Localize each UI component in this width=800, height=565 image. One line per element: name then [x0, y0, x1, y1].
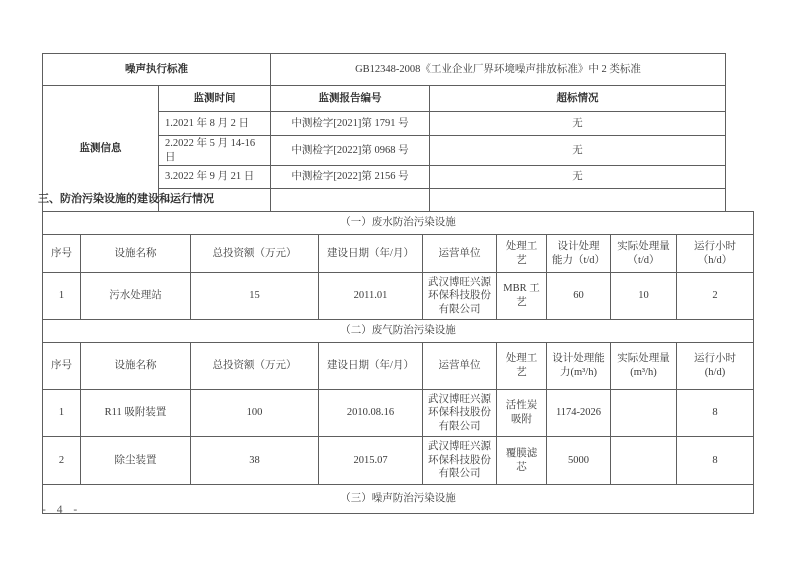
column-header: 总投资额（万元）	[191, 235, 319, 273]
column-header: 运营单位	[423, 235, 497, 273]
table-cell: 8	[677, 390, 754, 437]
table-cell: 2015.07	[319, 437, 423, 485]
table-row: （二）废气防治污染设施	[43, 320, 754, 343]
table-cell-exceed: 无	[430, 136, 726, 166]
column-header: 总投资额（万元）	[191, 343, 319, 390]
table-row: 1 污水处理站 15 2011.01 武汉博旺兴源环保科技股份有限公司 MBR …	[43, 273, 754, 320]
column-header: 实际处理量 （t/d）	[611, 235, 677, 273]
table-cell-report-no: 中测检字[2022]第 0968 号	[271, 136, 430, 166]
table-row: 序号 设施名称 总投资额（万元） 建设日期（年/月） 运营单位 处理工 艺 设计…	[43, 343, 754, 390]
table-cell: 1	[43, 390, 81, 437]
table-cell-time: 3.2022 年 9 月 21 日	[159, 166, 271, 189]
subsection-title-noise: （三）噪声防治污染设施	[43, 485, 754, 514]
column-header: 建设日期（年/月）	[319, 343, 423, 390]
table-cell-exceed	[430, 189, 726, 212]
subsection-title-wastewater: （一）废水防治污染设施	[43, 212, 754, 235]
column-header: 处理工 艺	[497, 235, 547, 273]
column-header: 运行小时 （h/d）	[677, 235, 754, 273]
noise-standard-value: GB12348-2008《工业企业厂界环境噪声排放标准》中 2 类标准	[271, 54, 726, 86]
table-cell-time: 1.2021 年 8 月 2 日	[159, 112, 271, 136]
table-row: 噪声执行标准 GB12348-2008《工业企业厂界环境噪声排放标准》中 2 类…	[43, 54, 726, 86]
column-header-time: 监测时间	[159, 86, 271, 112]
table-row: 监测信息 监测时间 监测报告编号 超标情况	[43, 86, 726, 112]
noise-standard-label: 噪声执行标准	[43, 54, 271, 86]
column-header: 建设日期（年/月）	[319, 235, 423, 273]
table-cell: 8	[677, 437, 754, 485]
column-header: 运营单位	[423, 343, 497, 390]
table-cell: 38	[191, 437, 319, 485]
table-cell: 2	[677, 273, 754, 320]
table-cell-report-no	[271, 189, 430, 212]
column-header-exceed: 超标情况	[430, 86, 726, 112]
table-cell-report-no: 中测检字[2021]第 1791 号	[271, 112, 430, 136]
table-cell-exceed: 无	[430, 166, 726, 189]
table-cell: 2	[43, 437, 81, 485]
table-cell-report-no: 中测检字[2022]第 2156 号	[271, 166, 430, 189]
column-header: 设施名称	[81, 235, 191, 273]
section-heading: 三、防治污染设施的建设和运行情况	[38, 190, 214, 206]
table-row: （一）废水防治污染设施	[43, 212, 754, 235]
table-cell: 1174-2026	[547, 390, 611, 437]
table-cell: 15	[191, 273, 319, 320]
table-cell	[611, 437, 677, 485]
table-row: 序号 设施名称 总投资额（万元） 建设日期（年/月） 运营单位 处理工 艺 设计…	[43, 235, 754, 273]
subsection-title-wastegas: （二）废气防治污染设施	[43, 320, 754, 343]
table-cell: 2010.08.16	[319, 390, 423, 437]
table-cell: 10	[611, 273, 677, 320]
table-cell: 5000	[547, 437, 611, 485]
document-page: 噪声执行标准 GB12348-2008《工业企业厂界环境噪声排放标准》中 2 类…	[0, 0, 800, 565]
column-header: 实际处理量 (m³/h)	[611, 343, 677, 390]
table-cell: 污水处理站	[81, 273, 191, 320]
monitoring-info-table: 噪声执行标准 GB12348-2008《工业企业厂界环境噪声排放标准》中 2 类…	[42, 53, 726, 212]
table-cell: R11 吸附装置	[81, 390, 191, 437]
table-cell: 1	[43, 273, 81, 320]
column-header: 设施名称	[81, 343, 191, 390]
table-cell: 除尘装置	[81, 437, 191, 485]
table-cell: 武汉博旺兴源环保科技股份有限公司	[423, 437, 497, 485]
table-row: （三）噪声防治污染设施	[43, 485, 754, 514]
table-cell: 武汉博旺兴源环保科技股份有限公司	[423, 390, 497, 437]
table-cell: 100	[191, 390, 319, 437]
column-header: 序号	[43, 235, 81, 273]
table-cell	[611, 390, 677, 437]
table-cell: 活性炭 吸附	[497, 390, 547, 437]
table-cell: 武汉博旺兴源环保科技股份有限公司	[423, 273, 497, 320]
table-cell: 2011.01	[319, 273, 423, 320]
table-row: 1 R11 吸附装置 100 2010.08.16 武汉博旺兴源环保科技股份有限…	[43, 390, 754, 437]
column-header: 处理工 艺	[497, 343, 547, 390]
column-header: 运行小时 (h/d)	[677, 343, 754, 390]
page-number: - 4 -	[42, 504, 81, 516]
table-cell: 60	[547, 273, 611, 320]
table-row: 2 除尘装置 38 2015.07 武汉博旺兴源环保科技股份有限公司 覆膜滤 芯…	[43, 437, 754, 485]
table-cell-time: 2.2022 年 5 月 14-16 日	[159, 136, 271, 166]
table-cell: MBR 工艺	[497, 273, 547, 320]
facilities-table: （一）废水防治污染设施 序号 设施名称 总投资额（万元） 建设日期（年/月） 运…	[42, 211, 754, 514]
column-header-report-no: 监测报告编号	[271, 86, 430, 112]
column-header: 设计处理 能力（t/d）	[547, 235, 611, 273]
column-header: 设计处理能 力(m³/h)	[547, 343, 611, 390]
column-header: 序号	[43, 343, 81, 390]
table-cell-exceed: 无	[430, 112, 726, 136]
table-cell: 覆膜滤 芯	[497, 437, 547, 485]
